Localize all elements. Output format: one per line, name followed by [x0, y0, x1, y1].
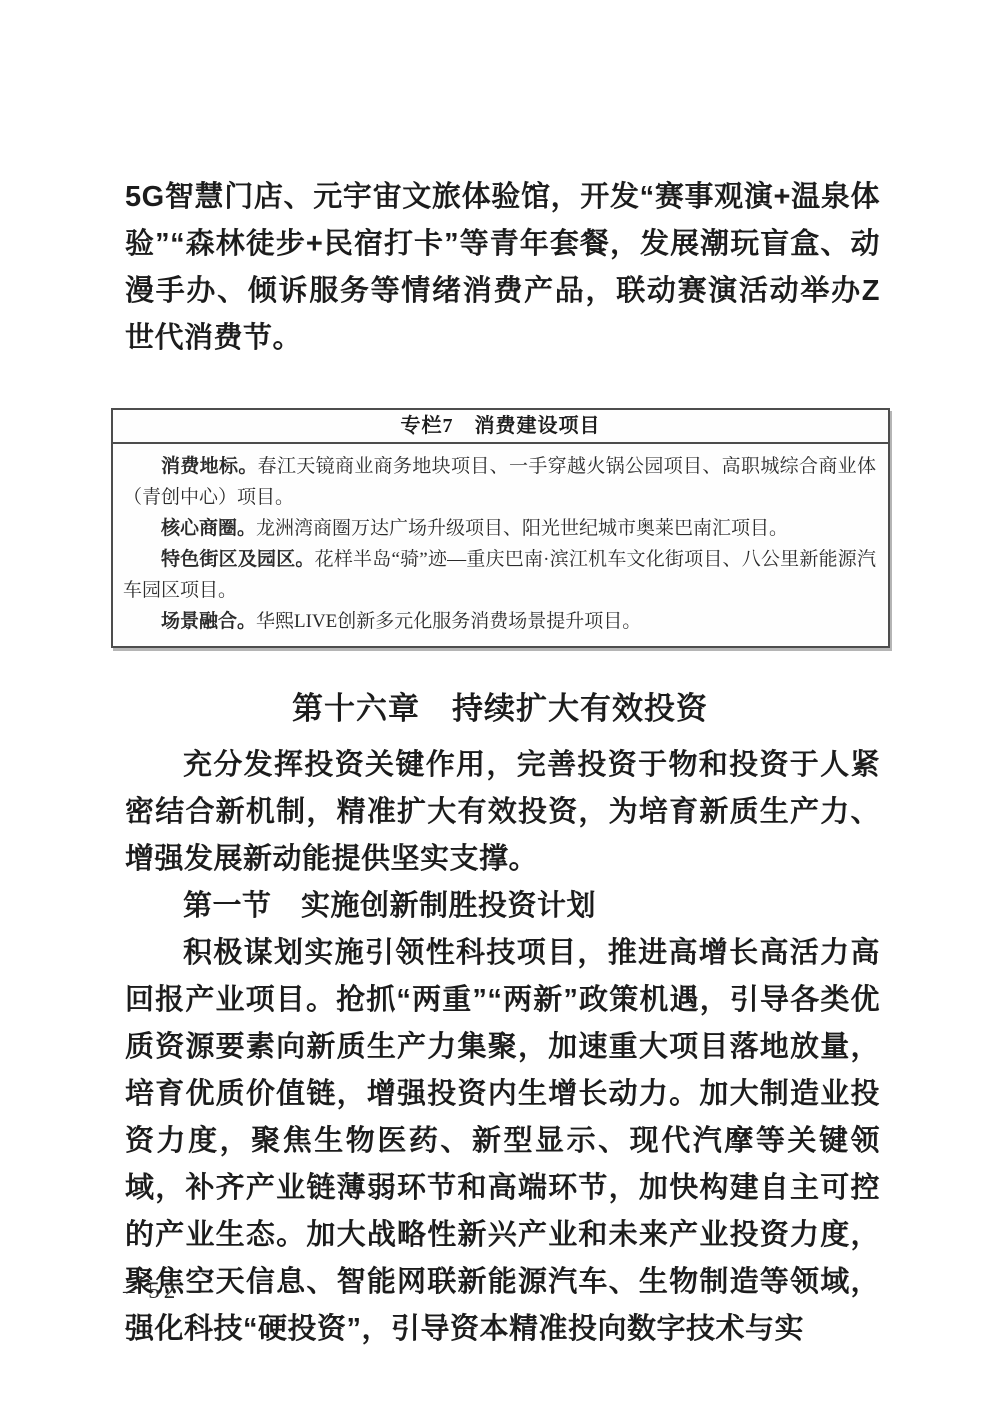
chapter-lead-paragraph: 充分发挥投资关键作用，完善投资于物和投资于人紧密结合新机制，精准扩大有效投资，为…: [125, 742, 880, 883]
column-box-item: 特色街区及园区。花样半岛“骑”迹—重庆巴南·滨江机车文化街项目、八公里新能源汽车…: [123, 544, 876, 606]
column-box-item: 核心商圈。龙洲湾商圈万达广场升级项目、阳光世纪城市奥莱巴南汇项目。: [123, 513, 876, 544]
section-paragraph: 积极谋划实施引领性科技项目，推进高增长高活力高回报产业项目。抢抓“两重”“两新”…: [125, 930, 880, 1353]
page-number: – 52 –: [123, 1278, 205, 1304]
column-box-item: 消费地标。春江天镜商业商务地块项目、一手穿越火锅公园项目、高职城综合商业体（青创…: [123, 451, 876, 513]
column-box: 专栏7 消费建设项目 消费地标。春江天镜商业商务地块项目、一手穿越火锅公园项目、…: [111, 408, 890, 648]
column-box-body: 消费地标。春江天镜商业商务地块项目、一手穿越火锅公园项目、高职城综合商业体（青创…: [113, 444, 888, 646]
column-box-item-label: 核心商圈。: [161, 518, 256, 539]
column-box-item: 场景融合。华熙LIVE创新多元化服务消费场景提升项目。: [123, 606, 876, 637]
column-box-item-label: 消费地标。: [161, 456, 258, 477]
section-title: 第一节 实施创新制胜投资计划: [125, 883, 880, 930]
column-box-item-text: 华熙LIVE创新多元化服务消费场景提升项目。: [256, 611, 641, 632]
column-box-item-label: 特色街区及园区。: [161, 549, 315, 570]
column-box-title: 专栏7 消费建设项目: [113, 410, 888, 444]
column-box-item-text: 龙洲湾商圈万达广场升级项目、阳光世纪城市奥莱巴南汇项目。: [256, 518, 788, 539]
chapter-title: 第十六章 持续扩大有效投资: [0, 686, 1000, 732]
intro-paragraph: 5G智慧门店、元宇宙文旅体验馆，开发“赛事观演+温泉体验”“森林徒步+民宿打卡”…: [125, 174, 880, 362]
document-page: 5G智慧门店、元宇宙文旅体验馆，开发“赛事观演+温泉体验”“森林徒步+民宿打卡”…: [0, 0, 1000, 1414]
column-box-item-label: 场景融合。: [161, 611, 256, 632]
